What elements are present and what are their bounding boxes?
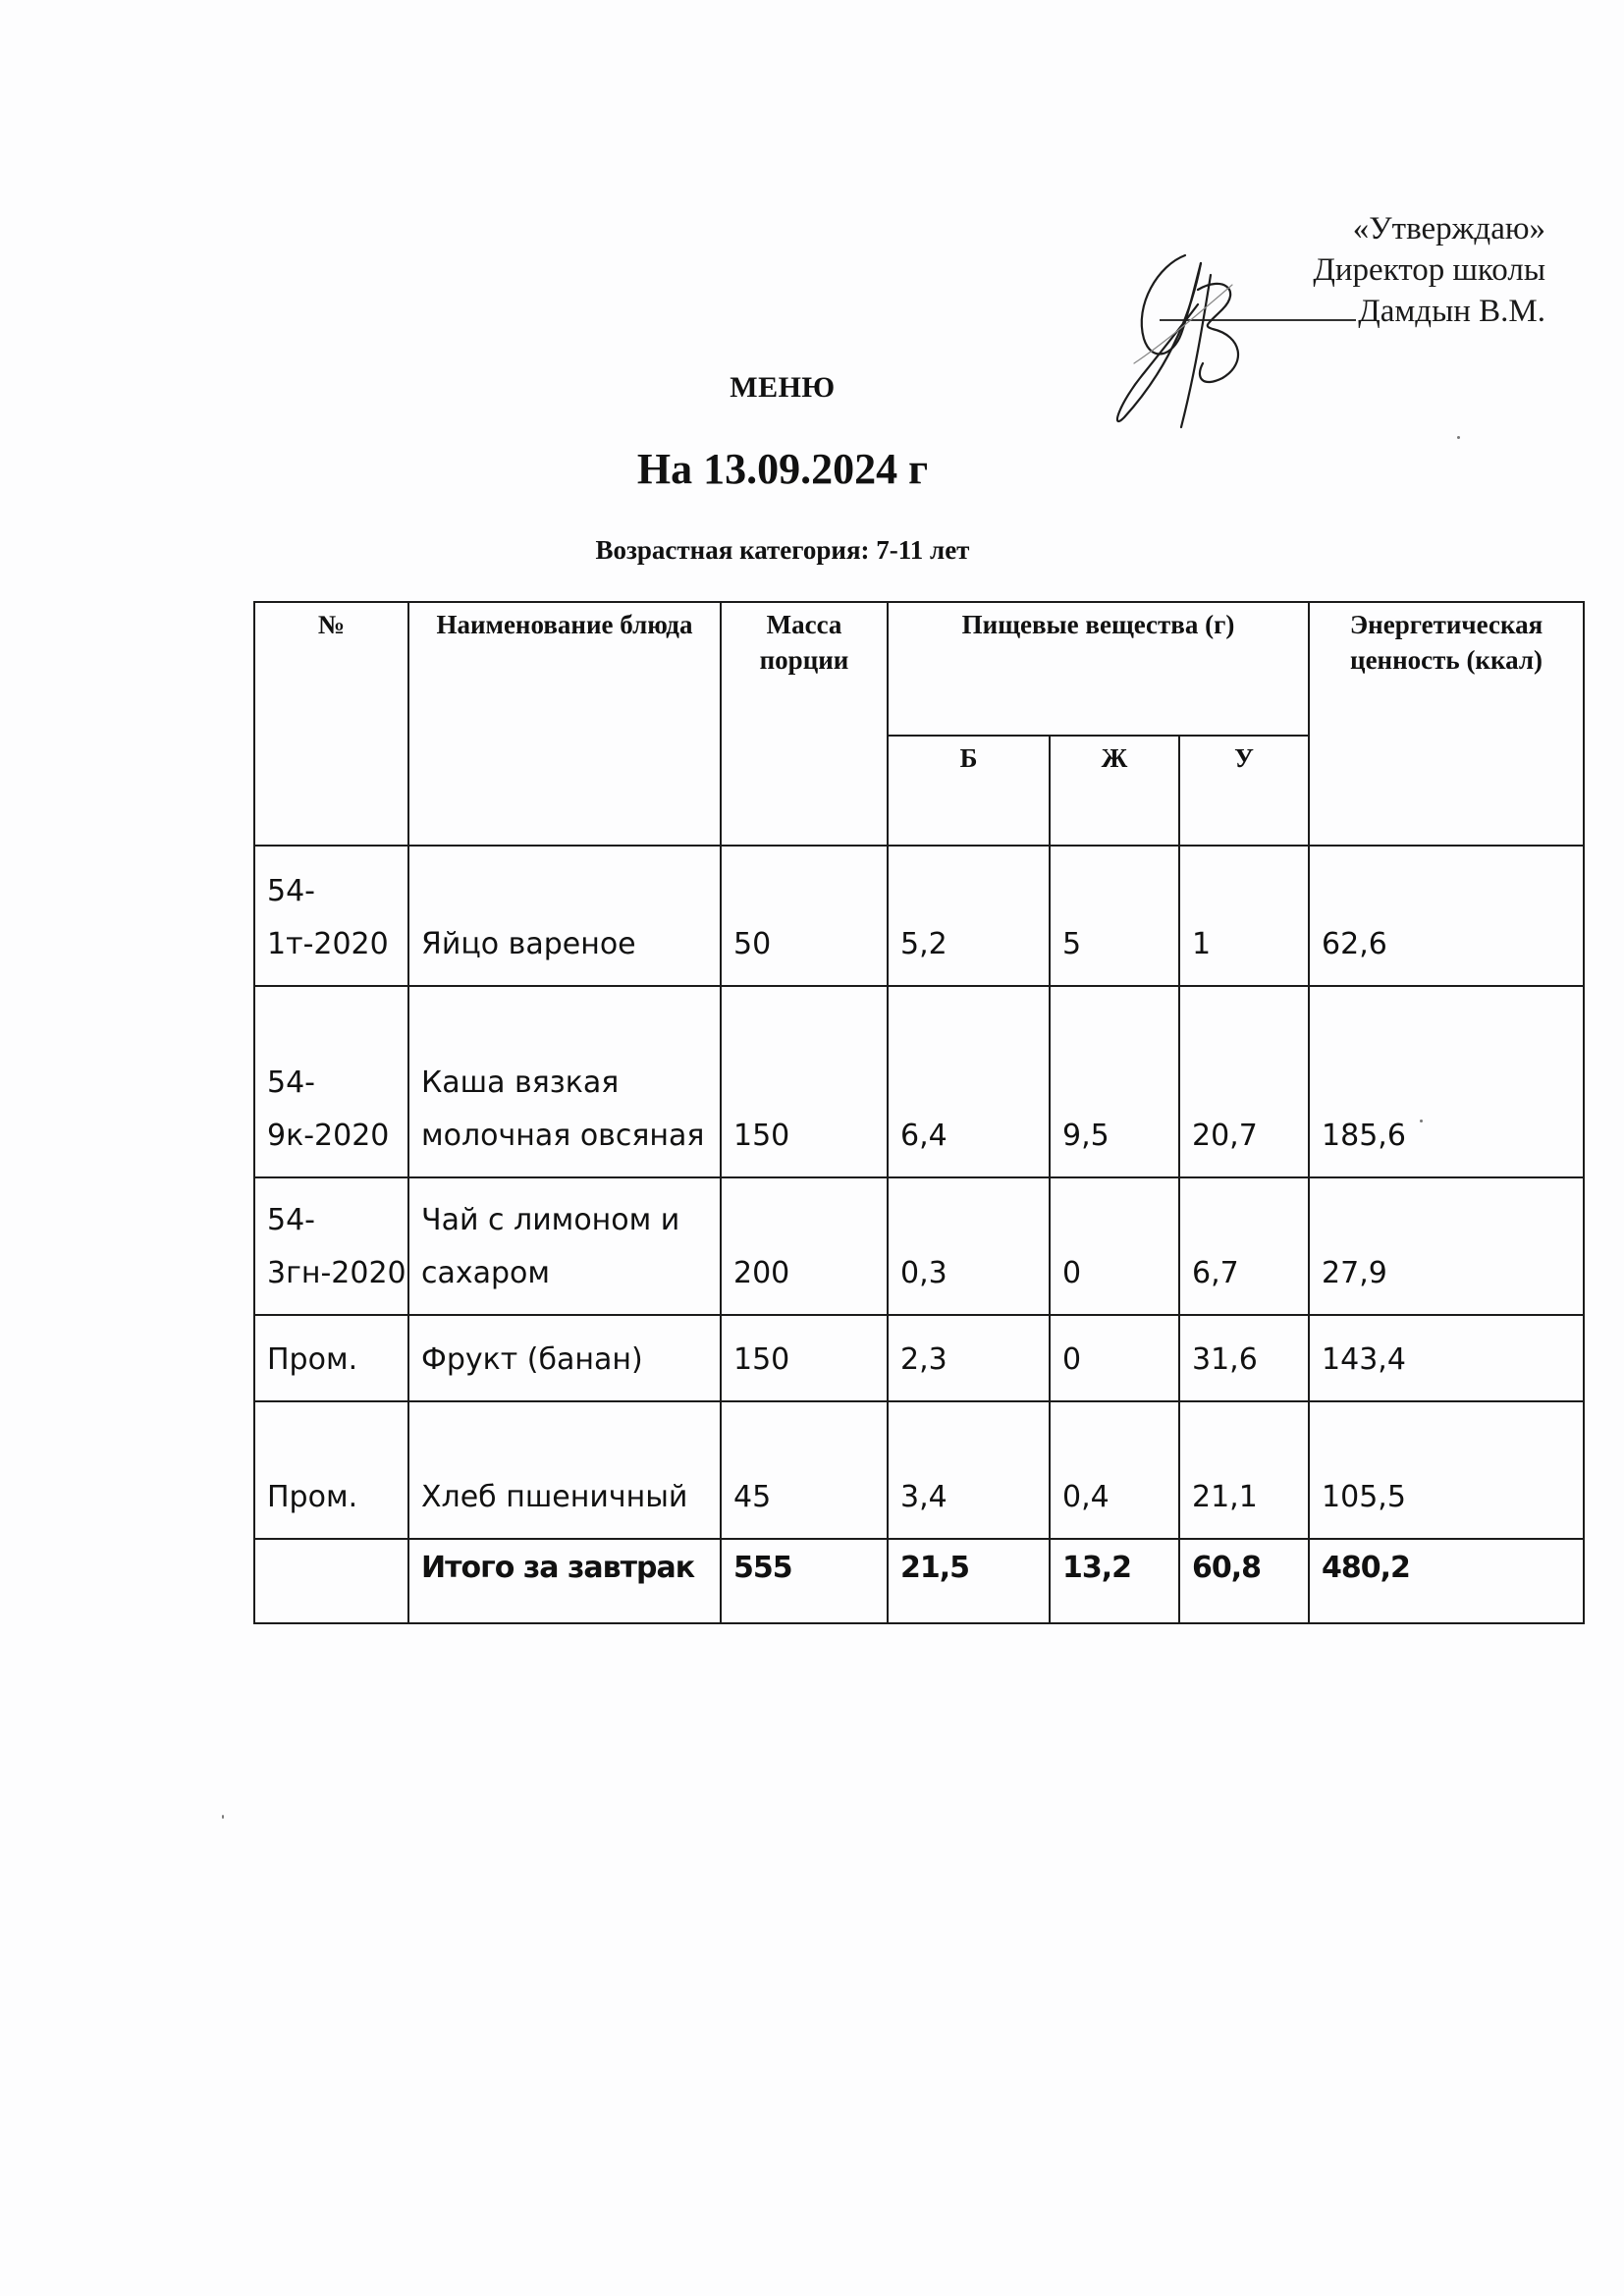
header-number: №	[254, 602, 408, 846]
header-fat: Ж	[1050, 736, 1179, 846]
cell-total-code	[254, 1539, 408, 1623]
header-energy: Энергетическая ценность (ккал)	[1309, 602, 1584, 846]
cell-mass: 50	[721, 846, 888, 986]
cell-protein: 0,3	[888, 1177, 1050, 1315]
cell-protein: 6,4	[888, 986, 1050, 1177]
cell-code: 54-3гн-2020	[254, 1177, 408, 1315]
cell-dish-name: Хлеб пшеничный	[408, 1401, 721, 1539]
document-title: МЕНЮ	[0, 371, 1624, 405]
cell-energy: 105,5	[1309, 1401, 1584, 1539]
cell-energy: 143,4	[1309, 1315, 1584, 1401]
cell-total-label: Итого за завтрак	[408, 1539, 721, 1623]
cell-dish-name: Яйцо вареное	[408, 846, 721, 986]
table-row: Пром. Фрукт (банан) 150 2,3 0 31,6 143,4	[254, 1315, 1584, 1401]
table-row: Пром. Хлеб пшеничный 45 3,4 0,4 21,1 105…	[254, 1401, 1584, 1539]
age-category: Возрастная категория: 7-11 лет	[0, 535, 1624, 566]
cell-fat: 9,5	[1050, 986, 1179, 1177]
header-nutrients: Пищевые вещества (г)	[888, 602, 1309, 736]
cell-mass: 150	[721, 1315, 888, 1401]
cell-carbs: 21,1	[1179, 1401, 1309, 1539]
header-protein: Б	[888, 736, 1050, 846]
cell-total-fat: 13,2	[1050, 1539, 1179, 1623]
cell-dish-name: Чай с лимоном и сахаром	[408, 1177, 721, 1315]
cell-mass: 45	[721, 1401, 888, 1539]
cell-code: Пром.	[254, 1315, 408, 1401]
approver-name: Дамдын В.М.	[1358, 294, 1545, 329]
cell-energy: 62,6	[1309, 846, 1584, 986]
table-header-row: № Наименование блюда Масса порции Пищевы…	[254, 602, 1584, 736]
menu-date: На 13.09.2024 г	[0, 444, 1624, 494]
approval-title: «Утверждаю»	[1160, 208, 1545, 249]
cell-energy: 185,6	[1309, 986, 1584, 1177]
header-dish-name: Наименование блюда	[408, 602, 721, 846]
table-row: 54-1т-2020 Яйцо вареное 50 5,2 5 1 62,6	[254, 846, 1584, 986]
table-total-row: Итого за завтрак 555 21,5 13,2 60,8 480,…	[254, 1539, 1584, 1623]
cell-total-carbs: 60,8	[1179, 1539, 1309, 1623]
table-row: 54-9к-2020 Каша вязкая молочная овсяная …	[254, 986, 1584, 1177]
scan-speck	[1420, 1120, 1423, 1122]
cell-dish-name: Каша вязкая молочная овсяная	[408, 986, 721, 1177]
cell-code: 54-1т-2020	[254, 846, 408, 986]
cell-total-mass: 555	[721, 1539, 888, 1623]
cell-mass: 200	[721, 1177, 888, 1315]
scan-speck	[1457, 436, 1460, 439]
cell-protein: 2,3	[888, 1315, 1050, 1401]
cell-carbs: 20,7	[1179, 986, 1309, 1177]
menu-table: № Наименование блюда Масса порции Пищевы…	[253, 601, 1585, 1624]
cell-protein: 3,4	[888, 1401, 1050, 1539]
cell-carbs: 6,7	[1179, 1177, 1309, 1315]
cell-fat: 0,4	[1050, 1401, 1179, 1539]
cell-carbs: 31,6	[1179, 1315, 1309, 1401]
cell-protein: 5,2	[888, 846, 1050, 986]
header-portion-mass: Масса порции	[721, 602, 888, 846]
header-carbs: У	[1179, 736, 1309, 846]
cell-code: Пром.	[254, 1401, 408, 1539]
cell-energy: 27,9	[1309, 1177, 1584, 1315]
cell-fat: 5	[1050, 846, 1179, 986]
table-row: 54-3гн-2020 Чай с лимоном и сахаром 200 …	[254, 1177, 1584, 1315]
cell-code: 54-9к-2020	[254, 986, 408, 1177]
cell-total-protein: 21,5	[888, 1539, 1050, 1623]
cell-carbs: 1	[1179, 846, 1309, 986]
scan-speck	[222, 1815, 224, 1819]
cell-dish-name: Фрукт (банан)	[408, 1315, 721, 1401]
cell-total-energy: 480,2	[1309, 1539, 1584, 1623]
cell-mass: 150	[721, 986, 888, 1177]
cell-fat: 0	[1050, 1177, 1179, 1315]
cell-fat: 0	[1050, 1315, 1179, 1401]
